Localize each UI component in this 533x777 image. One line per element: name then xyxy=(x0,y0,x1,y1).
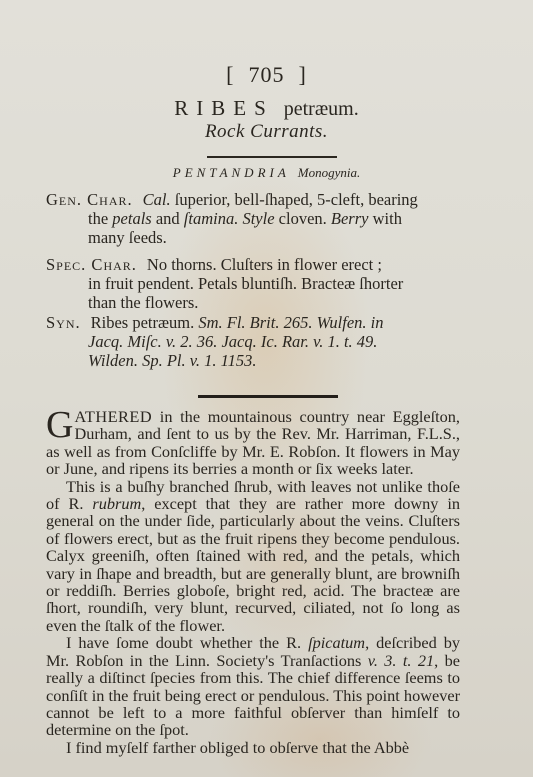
bracket-open: [ xyxy=(226,62,234,88)
citation: Wilden. Sp. Pl. v. 1. 1153. xyxy=(46,351,486,370)
section-divider xyxy=(198,395,338,398)
paragraph-abbe: I find myſelf farther obliged to obſerve… xyxy=(46,739,460,756)
species-ref: ſpicatum xyxy=(308,633,365,652)
specific-character-label: Spec. Char. xyxy=(46,255,137,274)
species-epithet: petræum. xyxy=(284,98,359,120)
style-term: Style xyxy=(242,209,274,228)
title-divider xyxy=(207,156,337,158)
class-name: PENTANDRIA xyxy=(173,165,290,180)
paragraph-description: This is a buſhy branched ſhrub, with lea… xyxy=(46,478,460,635)
linnaean-classification: PENTANDRIAMonogynia. xyxy=(0,165,533,181)
text: than the flowers. xyxy=(46,293,486,312)
text: many ſeeds. xyxy=(46,228,486,247)
bracket-close: ] xyxy=(299,62,307,88)
text: , except that they are rather more downy… xyxy=(46,494,460,635)
text: and xyxy=(152,209,184,228)
synonyms: Syn.Ribes petræum. Sm. Fl. Brit. 265. Wu… xyxy=(46,313,486,370)
citation: Sm. Fl. Brit. 265. Wulfen. in xyxy=(198,313,383,332)
common-name: Rock Currants. xyxy=(0,121,533,143)
generic-character-label: Gen. Char. xyxy=(46,190,133,209)
text: ATHERED xyxy=(74,407,152,426)
page-number: [705] xyxy=(0,62,533,88)
text: the xyxy=(88,209,112,228)
text: I have ſome doubt whether the R. xyxy=(66,633,308,652)
order-name: Monogynia. xyxy=(298,165,360,180)
cal-term: Cal. xyxy=(143,190,171,209)
synonyms-label: Syn. xyxy=(46,313,81,332)
paragraph-doubt: I have ſome doubt whether the R. ſpicatu… xyxy=(46,634,460,738)
species-ref: rubrum xyxy=(92,494,141,513)
text: with xyxy=(368,209,401,228)
text: cloven. xyxy=(275,209,331,228)
text: in fruit pendent. Petals bluntiſh. Bract… xyxy=(46,274,486,293)
genus-name: RIBES xyxy=(174,96,274,120)
specific-character: Spec. Char.No thorns. Cluſters in flower… xyxy=(46,255,486,312)
citation: Jacq. Miſc. v. 2. 36. Jacq. Ic. Rar. v. … xyxy=(46,332,486,351)
petals-term: petals xyxy=(112,209,151,228)
paragraph-gathered: GATHERED in the mountainous country near… xyxy=(46,408,460,478)
species-title: RIBESpetræum. xyxy=(0,96,533,121)
text: No thorns. Cluſters in flower erect ; xyxy=(147,255,382,274)
text: Ribes petræum. xyxy=(91,313,199,332)
berry-term: Berry xyxy=(331,209,369,228)
citation: v. 3. t. 21 xyxy=(368,651,434,670)
book-page: [705] RIBESpetræum. Rock Currants. PENTA… xyxy=(0,0,533,777)
stamina-term: ſtamina. xyxy=(184,209,239,228)
description-body: GATHERED in the mountainous country near… xyxy=(46,408,460,756)
text: ſuperior, bell-ſhaped, 5-cleft, bearing xyxy=(171,190,418,209)
page-number-value: 705 xyxy=(249,62,285,87)
generic-character: Gen. Char.Cal. ſuperior, bell-ſhaped, 5-… xyxy=(46,190,486,247)
drop-cap: G xyxy=(46,410,73,440)
